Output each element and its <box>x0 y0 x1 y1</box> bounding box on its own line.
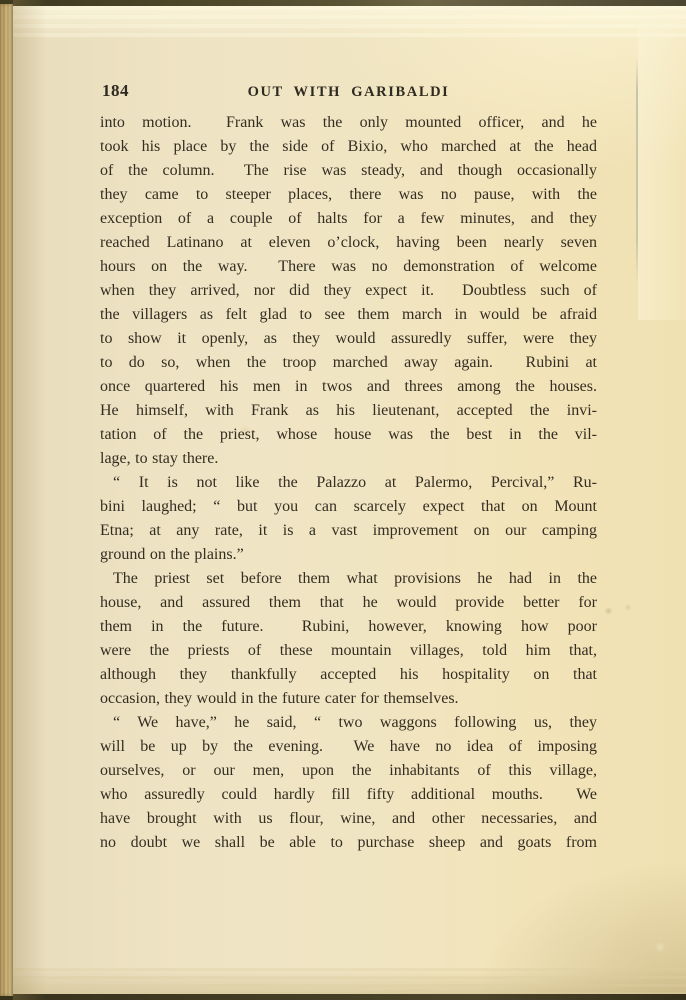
book-binding-edge <box>0 4 13 996</box>
text-line: the villagers as felt glad to see them m… <box>100 303 597 327</box>
text-line: He himself, with Frank as his lieutenant… <box>100 399 597 423</box>
scanned-book-page: 184 OUT WITH GARIBALDI into motion. Fran… <box>0 0 686 1000</box>
text-line: tation of the priest, whose house was th… <box>100 423 597 447</box>
text-line: will be up by the evening. We have no id… <box>100 735 597 759</box>
running-title: OUT WITH GARIBALDI <box>100 82 597 102</box>
text-line: reached Latinano at eleven o’clock, havi… <box>100 231 597 255</box>
text-line: no doubt we shall be able to purchase sh… <box>100 831 597 855</box>
text-line: The priest set before them what provisio… <box>100 567 597 591</box>
paragraph: into motion. Frank was the only mounted … <box>100 111 597 471</box>
text-line: once quartered his men in twos and three… <box>100 375 597 399</box>
text-line: of the column. The rise was steady, and … <box>100 159 597 183</box>
text-line: bini laughed; “ but you can scarcely exp… <box>100 495 597 519</box>
text-line: ground on the plains.” <box>100 543 597 567</box>
foxing-spot <box>604 607 613 615</box>
binding-shadow <box>13 0 47 1000</box>
foxing-spot <box>654 942 666 952</box>
page-edge-highlight <box>638 20 686 320</box>
text-line: were the priests of these mountain villa… <box>100 639 597 663</box>
foxing-spot <box>624 604 632 611</box>
text-line: house, and assured them that he would pr… <box>100 591 597 615</box>
paragraph: “ We have,” he said, “ two waggons follo… <box>100 711 597 855</box>
text-line: lage, to stay there. <box>100 447 597 471</box>
body-text: into motion. Frank was the only mounted … <box>100 111 597 855</box>
text-line: although they thankfully accepted his ho… <box>100 663 597 687</box>
text-line: they came to steeper places, there was n… <box>100 183 597 207</box>
text-line: into motion. Frank was the only mounted … <box>100 111 597 135</box>
bottom-page-edge-shadow <box>0 968 686 994</box>
text-line: occasion, they would in the future cater… <box>100 687 597 711</box>
text-line: them in the future. Rubini, however, kno… <box>100 615 597 639</box>
page-header: 184 OUT WITH GARIBALDI <box>100 81 597 101</box>
text-line: “ We have,” he said, “ two waggons follo… <box>100 711 597 735</box>
text-line: to show it openly, as they would assured… <box>100 327 597 351</box>
text-line: exception of a couple of halts for a few… <box>100 207 597 231</box>
text-line: who assuredly could hardly fill fifty ad… <box>100 783 597 807</box>
text-line: to do so, when the troop marched away ag… <box>100 351 597 375</box>
text-line: have brought with us flour, wine, and ot… <box>100 807 597 831</box>
bottom-scan-edge <box>0 994 686 1000</box>
text-line: hours on the way. There was no demonstra… <box>100 255 597 279</box>
page-crease-line <box>636 58 638 283</box>
text-line: took his place by the side of Bixio, who… <box>100 135 597 159</box>
text-line: Etna; at any rate, it is a vast improvem… <box>100 519 597 543</box>
text-line: ourselves, or our men, upon the inhabita… <box>100 759 597 783</box>
top-page-edge-highlight <box>0 6 686 40</box>
paragraph: The priest set before them what provisio… <box>100 567 597 711</box>
paragraph: “ It is not like the Palazzo at Palermo,… <box>100 471 597 567</box>
text-line: when they arrived, nor did they expect i… <box>100 279 597 303</box>
text-line: “ It is not like the Palazzo at Palermo,… <box>100 471 597 495</box>
